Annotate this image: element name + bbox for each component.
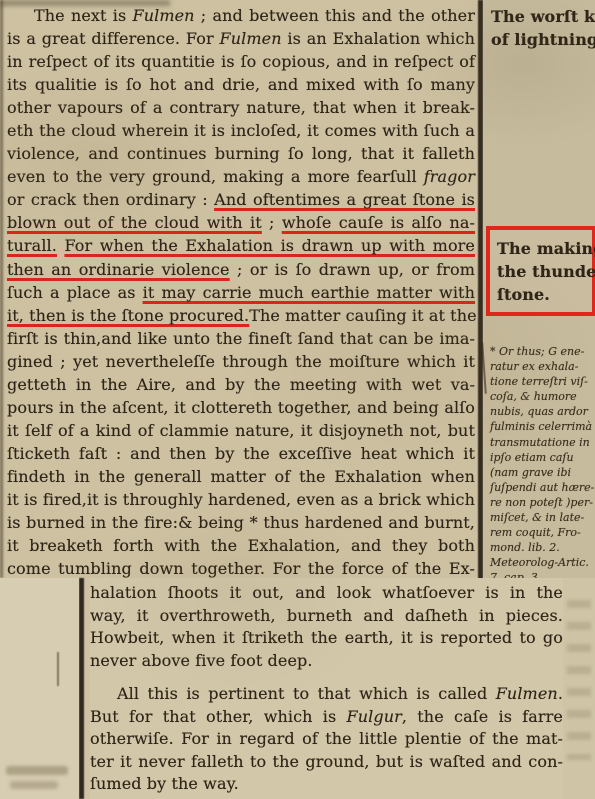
text-segment: ter it never falleth to the ground, but …	[90, 752, 563, 771]
margin-note-line: rem coquit, Fro-	[490, 525, 592, 540]
text-segment: eth the cloud wherein it is incloſed, it…	[7, 121, 475, 140]
margin-column: The worſt kindof lightning. The making o…	[483, 0, 595, 578]
text-line: Howbeit, when it ſtriketh the earth, it …	[90, 627, 563, 650]
text-segment: it ſelf of a kind of clammie nature, it …	[7, 421, 475, 440]
text-segment: ſumed by the way.	[90, 774, 239, 793]
text-line: it breaketh forth with the Exhalation, a…	[7, 534, 475, 557]
text-segment: violence, and continues burning ſo long,…	[7, 144, 475, 163]
text-segment: is a great difference. For	[7, 29, 220, 48]
text-line: blown out of the cloud with it ; whoſe c…	[7, 211, 475, 234]
text-line: other vapours of a contrary nature, that…	[7, 96, 475, 119]
text-line: violence, and continues burning ſo long,…	[7, 142, 475, 165]
margin-note-line: ipſo etiam caſu	[490, 450, 592, 465]
text-segment: But for that other, which is	[90, 707, 347, 726]
text-segment: gined ; yet nevertheleſſe through the mo…	[7, 352, 475, 371]
italic-text: Fulmen	[496, 684, 558, 703]
text-segment: ſticketh faſt : and then by the exceſſiv…	[7, 444, 475, 463]
text-line: getteth in the Aire, and by the meeting …	[7, 373, 475, 396]
red-underlined-text: For when the Exhalation is drawn up with…	[64, 236, 475, 255]
text-line: ſticketh faſt : and then by the exceſſiv…	[7, 442, 475, 465]
bottom-paragraph-1: halation ſhoots it out, and look whatſoe…	[90, 582, 563, 672]
text-line: turall. For when the Exhalation is drawn…	[7, 234, 475, 257]
bleed-through-smudge	[10, 781, 58, 789]
text-line: gined ; yet nevertheleſſe through the mo…	[7, 350, 475, 373]
text-line: then an ordinarie violence ; or is ſo dr…	[7, 258, 475, 281]
margin-note-line: nubis, quas ardor	[490, 404, 592, 419]
text-segment: All this is pertinent to that which is c…	[117, 684, 496, 703]
text-line: otherwiſe. For in regard of the little p…	[90, 728, 563, 751]
margin-note-line: * Or thus; G ene-	[490, 344, 592, 359]
text-segment: come tumbling down together. For the for…	[7, 559, 475, 578]
text-line: come tumbling down together. For the for…	[7, 557, 475, 580]
italic-text: Fulmen	[133, 6, 195, 25]
text-segment: it is fired,it is throughly hardened, ev…	[7, 490, 475, 509]
bottom-text-block: halation ſhoots it out, and look whatſoe…	[90, 578, 563, 799]
text-segment: The matter cauſing it at the	[249, 306, 476, 325]
text-segment: in reſpect of its quantitie is ſo copiou…	[7, 52, 475, 71]
margin-note-worst-kind: The worſt kindof lightning.	[491, 5, 591, 51]
scanned-book-page: The next is Fulmen ; and between this an…	[0, 0, 595, 799]
left-page-edge	[0, 0, 3, 578]
text-line: firſt is thin,and like unto the fineſt ſ…	[7, 327, 475, 350]
margin-note-line: tione terreſtri viſ-	[490, 374, 592, 389]
margin-note-line: transmutatione in	[490, 435, 592, 450]
text-segment: ;	[262, 213, 282, 232]
text-line: eth the cloud wherein it is incloſed, it…	[7, 119, 475, 142]
margin-note-line: ratur ex exhala-	[490, 359, 592, 374]
margin-note-line: fulminis celerrimà	[490, 419, 592, 434]
margin-note-line: the thunder-	[497, 260, 589, 283]
text-segment: ; and between this and the other	[195, 6, 475, 25]
text-segment: it breaketh forth with the Exhalation, a…	[7, 536, 475, 555]
text-line: ſumed by the way.	[90, 773, 563, 796]
text-segment: firſt is thin,and like unto the fineſt ſ…	[7, 329, 475, 348]
red-underlined-text: blown out of the cloud with it	[7, 213, 262, 232]
bottom-left-gutter	[0, 578, 79, 799]
bottom-block-left-rule	[79, 578, 84, 799]
text-segment: its qualitie is ſo hot and drie, and mix…	[7, 75, 475, 94]
text-line: halation ſhoots it out, and look whatſoe…	[90, 582, 563, 605]
margin-note-line: miſcet, & in late-	[490, 510, 592, 525]
red-underlined-text: it may carrie much earthie matter with	[143, 283, 475, 302]
text-segment: findeth in the generall matter of the Ex…	[7, 467, 475, 486]
text-segment: Howbeit, when it ſtriketh the earth, it …	[90, 628, 563, 647]
red-underlined-text: it, then is the ſtone procured.	[7, 306, 249, 325]
text-segment: getteth in the Aire, and by the meeting …	[7, 375, 475, 394]
text-line: in reſpect of its quantitie is ſo copiou…	[7, 50, 475, 73]
text-segment: way, it overthroweth, burneth and daſhet…	[90, 606, 563, 625]
margin-note-line: Meteorolog-Artic.	[490, 555, 592, 570]
text-segment: is burned in the fire:& being * thus har…	[7, 513, 475, 532]
text-line: is burned in the fire:& being * thus har…	[7, 511, 475, 534]
text-segment: The next is	[34, 6, 133, 25]
margin-note-latin-citation: * Or thus; G ene-ratur ex exhala-tione t…	[490, 344, 592, 586]
text-line: it is fired,it is throughly hardened, ev…	[7, 488, 475, 511]
ink-mark	[57, 652, 59, 686]
main-text-column: The next is Fulmen ; and between this an…	[0, 0, 478, 578]
text-segment: other vapours of a contrary nature, that…	[7, 98, 475, 117]
margin-note-line: The worſt kind	[491, 5, 591, 28]
text-line: way, it overthroweth, burneth and daſhet…	[90, 605, 563, 628]
text-segment: is an Exhalation which	[282, 29, 475, 48]
text-segment: ſuch a place as	[7, 283, 143, 302]
text-line: findeth in the generall matter of the Ex…	[7, 465, 475, 488]
text-line: is a great difference. For Fulmen is an …	[7, 27, 475, 50]
bleed-through-smudge	[6, 766, 68, 775]
text-segment: otherwiſe. For in regard of the little p…	[90, 729, 563, 748]
margin-note-line: (nam grave ibi	[490, 465, 592, 480]
red-underlined-text: turall.	[7, 236, 57, 255]
margin-note-thunderstone-redbox: The making ofthe thunder-ſtone.	[486, 226, 595, 316]
text-line: it, then is the ſtone procured.The matte…	[7, 304, 475, 327]
text-segment: pours in the aſcent, it clottereth toget…	[7, 398, 475, 417]
margin-note-line: mond. lib. 2.	[490, 540, 592, 555]
bleed-through-column	[567, 600, 591, 760]
text-line: it ſelf of a kind of clammie nature, it …	[7, 419, 475, 442]
red-underlined-text: whoſe cauſe is alſo na-	[282, 213, 475, 232]
margin-note-line: re non poteſt )per-	[490, 495, 592, 510]
red-underlined-text: And oftentimes a great ſtone is	[214, 190, 475, 209]
text-line: But for that other, which is Fulgur, the…	[90, 706, 563, 729]
margin-note-line: coſa, & humore	[490, 389, 592, 404]
text-line: ter it never falleth to the ground, but …	[90, 751, 563, 774]
text-segment: halation ſhoots it out, and look whatſoe…	[90, 583, 563, 602]
margin-note-line: ſtone.	[497, 283, 589, 306]
text-line: ſuch a place as it may carrie much earth…	[7, 281, 475, 304]
text-line: The next is Fulmen ; and between this an…	[7, 4, 475, 27]
italic-text: Fulgur	[347, 707, 402, 726]
text-line: or crack then ordinary : And oftentimes …	[7, 188, 475, 211]
text-line: never above five foot deep.	[90, 650, 563, 673]
top-edge-smudge	[0, 0, 170, 6]
text-segment: even to the very ground, making a more f…	[7, 167, 424, 186]
text-line: pours in the aſcent, it clottereth toget…	[7, 396, 475, 419]
text-line: All this is pertinent to that which is c…	[90, 683, 563, 706]
red-underlined-text: then an ordinarie violence	[7, 260, 230, 279]
italic-text: fragor	[424, 167, 475, 186]
text-segment: , the caſe is farre	[402, 707, 563, 726]
margin-note-line: The making of	[497, 237, 589, 260]
text-segment: ; or is ſo drawn up, or from	[230, 260, 475, 279]
bottom-paragraph-2: All this is pertinent to that which is c…	[90, 683, 563, 796]
text-line: even to the very ground, making a more f…	[7, 165, 475, 188]
text-line: its qualitie is ſo hot and drie, and mix…	[7, 73, 475, 96]
margin-note-line: ſuſpendi aut hære-	[490, 480, 592, 495]
ink-flourish-mark	[481, 342, 487, 394]
italic-text: Fulmen	[220, 29, 282, 48]
text-segment: or crack then ordinary :	[7, 190, 214, 209]
text-segment: never above five foot deep.	[90, 651, 313, 670]
margin-note-line: of lightning.	[491, 28, 591, 51]
